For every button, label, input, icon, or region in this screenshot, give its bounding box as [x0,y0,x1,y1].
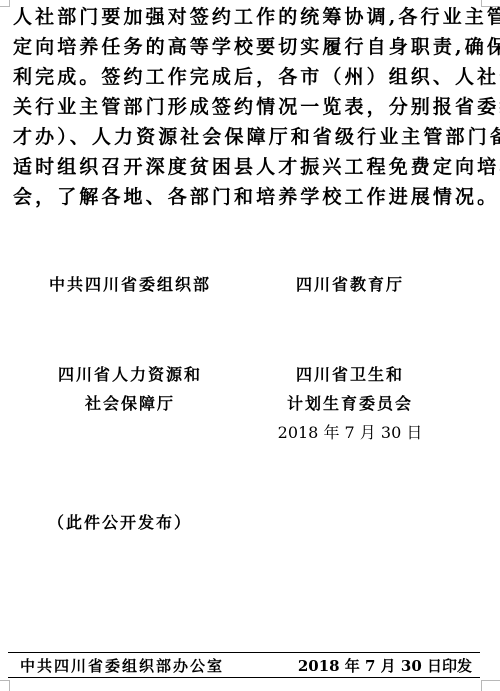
footer-bottom-rule [8,677,480,678]
signing-date: 2018 年 7 月 30 日 [250,420,450,443]
public-release-note: （此件公开发布） [48,510,192,533]
footer-top-rule [8,652,480,653]
body-line: 适时组织召开深度贫困县人才振兴工程免费定向培养工作座谈 [13,152,483,182]
signatory-hr-dept-line2: 社会保障厅 [30,391,230,414]
body-line: 定向培养任务的高等学校要切实履行自身职责,确保签约工作顺 [13,32,483,62]
page-corner-mark-bottom-right [481,680,500,691]
signatory-health-commission-line1: 四川省卫生和 [250,362,450,385]
signatory-health-commission-line2: 计划生育委员会 [250,391,450,414]
body-line: 才办）、人力资源社会保障厅和省级行业主管部门备案。省上将 [13,122,483,152]
body-line: 会，了解各地、各部门和培养学校工作进展情况。 [13,182,483,212]
body-line: 人社部门要加强对签约工作的统筹协调,各行业主管部门以及有 [13,2,483,32]
signatory-organization-dept: 中共四川省委组织部 [30,272,230,295]
page-corner-mark-top-left [0,0,10,7]
body-paragraph: 人社部门要加强对签约工作的统筹协调,各行业主管部门以及有 定向培养任务的高等学校… [13,2,483,212]
signatory-hr-dept-line1: 四川省人力资源和 [30,362,230,385]
footer-issuer: 中共四川省委组织部办公室 [20,655,224,676]
body-line: 利完成。签约工作完成后，各市（州）组织、人社部门要协调相 [13,62,483,92]
body-line: 关行业主管部门形成签约情况一览表，分别报省委组织部（省人 [13,92,483,122]
page-corner-mark-bottom-left [0,680,10,691]
footer-issued-date: 2018 年 7 月 30 日印发 [298,655,472,676]
signatory-education-dept: 四川省教育厅 [250,272,450,295]
